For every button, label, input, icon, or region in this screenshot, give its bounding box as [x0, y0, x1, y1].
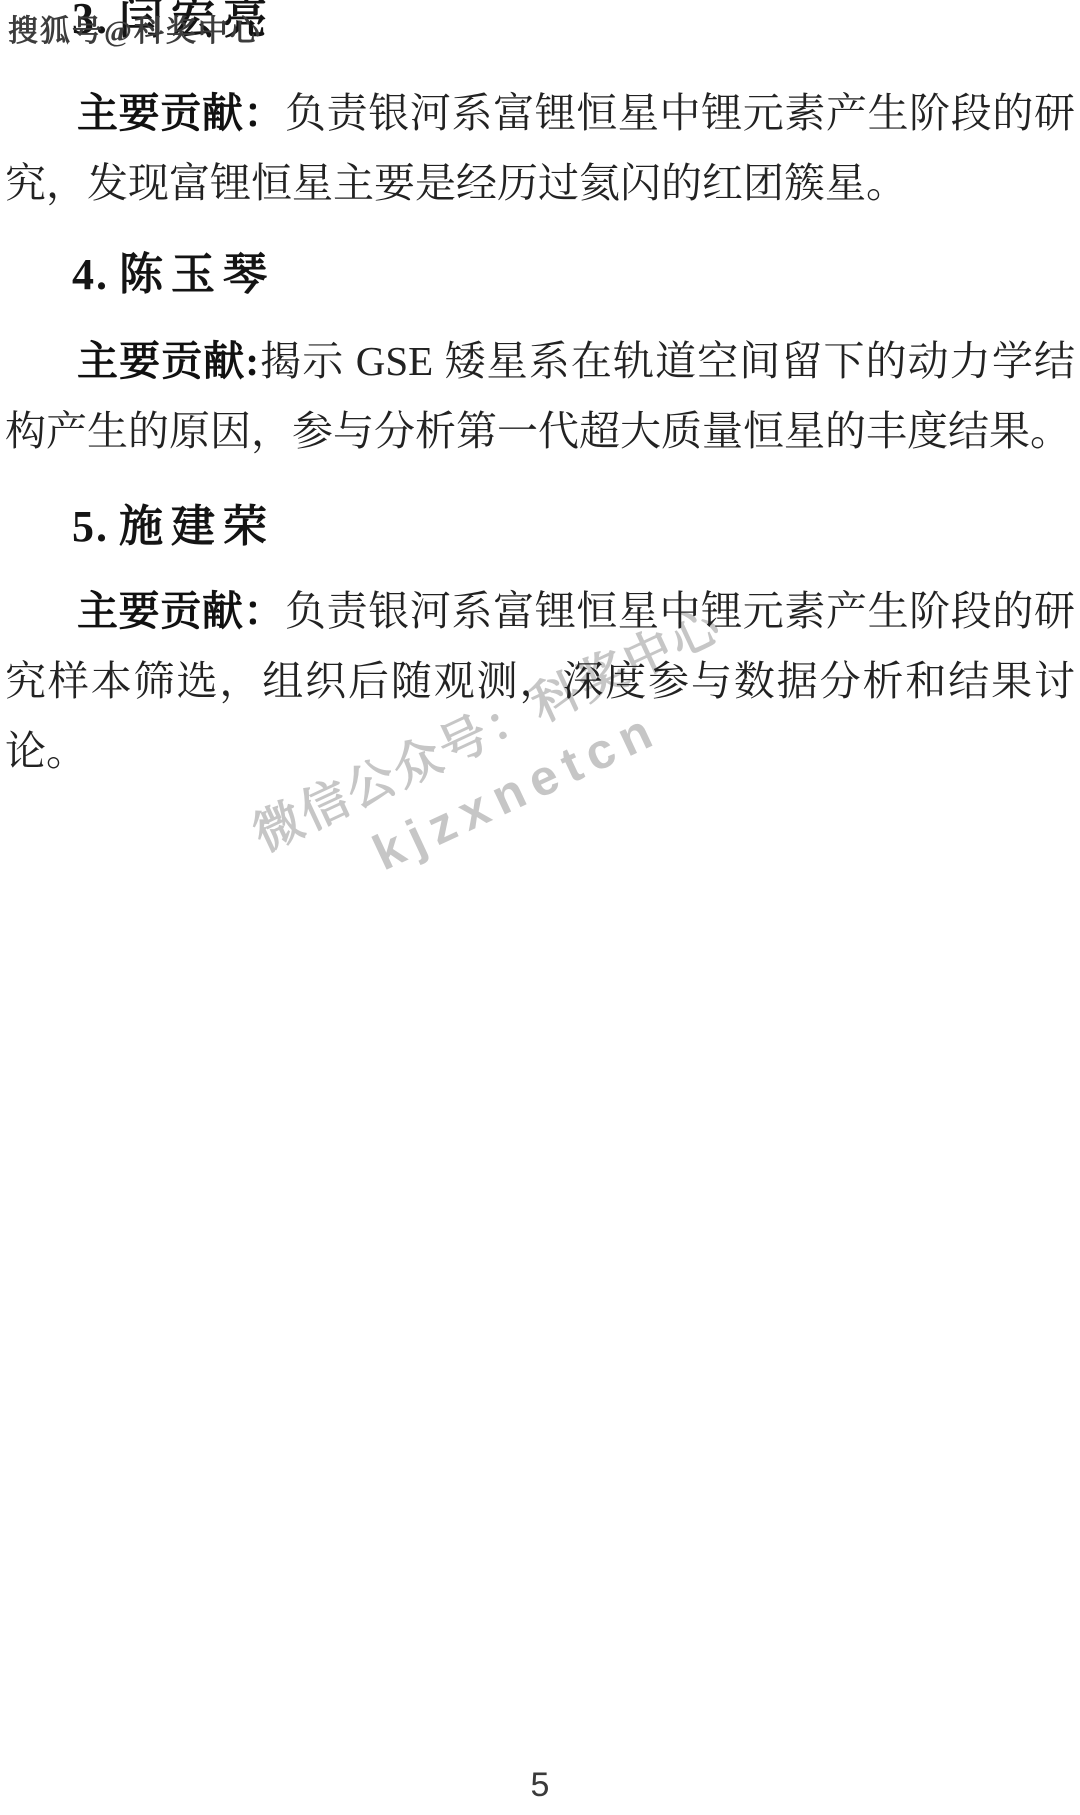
section-number: 5. [72, 502, 109, 551]
section-name: 施建荣 [119, 502, 275, 551]
corner-watermark: 搜狐号@科奖中心 [8, 6, 262, 50]
page-number: 5 [0, 1766, 1080, 1805]
section-number: 4. [72, 250, 109, 299]
section-4-paragraph: 主要贡献:揭示 GSE 矮星系在轨道空间留下的动力学结构产生的原因，参与分析第一… [5, 326, 1075, 466]
contribution-label: 主要贡献： [77, 90, 285, 136]
contribution-label: 主要贡献: [77, 338, 259, 384]
section-heading-4: 4.陈玉琴 [72, 238, 275, 302]
contribution-label: 主要贡献： [77, 588, 285, 634]
section-name: 陈玉琴 [119, 250, 275, 299]
section-3-paragraph: 主要贡献：负责银河系富锂恒星中锂元素产生阶段的研究，发现富锂恒星主要是经历过氦闪… [5, 78, 1075, 218]
section-5-paragraph: 主要贡献：负责银河系富锂恒星中锂元素产生阶段的研究样本筛选，组织后随观测，深度参… [5, 576, 1075, 786]
section-heading-5: 5.施建荣 [72, 490, 275, 554]
document-page: 搜狐号@科奖中心 3.闫宏亮 主要贡献：负责银河系富锂恒星中锂元素产生阶段的研究… [0, 0, 1080, 1815]
